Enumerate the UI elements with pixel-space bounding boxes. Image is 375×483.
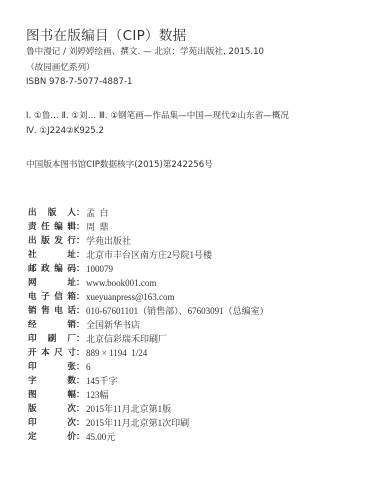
colophon-colon: ： xyxy=(76,248,86,262)
colophon-row: 邮政编码：100079 xyxy=(28,262,368,276)
colophon-row: 印刷厂：北京信彩瑞禾印刷厂 xyxy=(28,332,368,346)
colophon-colon: ： xyxy=(76,234,86,248)
colophon-row: 定价：45.00元 xyxy=(28,430,368,444)
colophon-row: 销售电话：010-67601101（销售部）、67603091（总编室） xyxy=(28,304,368,318)
colophon-colon: ： xyxy=(76,220,86,234)
colophon-value: 010-67601101（销售部）、67603091（总编室） xyxy=(86,304,269,318)
colophon-label: 定价 xyxy=(28,430,76,444)
colophon-row: 印次：2015年11月北京第1次印刷 xyxy=(28,416,368,430)
colophon: 出版人：孟 白责任编辑：周 鼎出版发行：学苑出版社社址：北京市丰台区南方庄2号院… xyxy=(28,206,368,444)
colophon-row: 责任编辑：周 鼎 xyxy=(28,220,368,234)
colophon-label: 经销 xyxy=(28,318,76,332)
colophon-colon: ： xyxy=(76,318,86,332)
colophon-value: 北京市丰台区南方庄2号院1号楼 xyxy=(86,248,212,262)
colophon-value: xueyuanpress@163.com xyxy=(86,290,175,304)
colophon-value: 889 × 1194 1/24 xyxy=(86,346,147,360)
colophon-colon: ： xyxy=(76,276,86,290)
colophon-colon: ： xyxy=(76,388,86,402)
colophon-label: 印张 xyxy=(28,360,76,374)
colophon-colon: ： xyxy=(76,402,86,416)
colophon-label: 印次 xyxy=(28,416,76,430)
colophon-value: 北京信彩瑞禾印刷厂 xyxy=(86,332,167,346)
colophon-value: 2015年11月北京第1版 xyxy=(86,402,171,416)
colophon-value: 6 xyxy=(86,360,91,374)
colophon-label: 印刷厂 xyxy=(28,332,76,346)
colophon-value: 周 鼎 xyxy=(86,220,109,234)
colophon-value: 45.00元 xyxy=(86,430,115,444)
colophon-row: 电子信箱：xueyuanpress@163.com xyxy=(28,290,368,304)
colophon-label: 邮政编码 xyxy=(28,262,76,276)
colophon-value: 孟 白 xyxy=(86,206,109,220)
colophon-colon: ： xyxy=(76,206,86,220)
colophon-colon: ： xyxy=(76,430,86,444)
colophon-row: 社址：北京市丰台区南方庄2号院1号楼 xyxy=(28,248,368,262)
cip-title: 图书在版编目（CIP）数据 xyxy=(26,24,186,44)
colophon-label: 网址 xyxy=(28,276,76,290)
colophon-row: 版次：2015年11月北京第1版 xyxy=(28,402,368,416)
colophon-row: 经销：全国新华书店 xyxy=(28,318,368,332)
colophon-value: 2015年11月北京第1次印刷 xyxy=(86,416,189,430)
colophon-label: 销售电话 xyxy=(28,304,76,318)
colophon-label: 开本尺寸 xyxy=(28,346,76,360)
colophon-label: 社址 xyxy=(28,248,76,262)
cip-book-info: 鲁中漫记 / 刘婷婷绘画、撰文. — 北京：学苑出版社, 2015.10 xyxy=(26,45,264,57)
cip-series: （故园画忆系列） xyxy=(26,61,95,73)
cip-subjects: Ⅰ. ①鲁… Ⅱ. ①刘… Ⅲ. ①钢笔画—作品集—中国—现代②山东省—概况 xyxy=(26,109,289,121)
colophon-value: 全国新华书店 xyxy=(86,318,140,332)
colophon-row: 印张：6 xyxy=(28,360,368,374)
colophon-label: 出版发行 xyxy=(28,234,76,248)
colophon-label: 字数 xyxy=(28,374,76,388)
colophon-colon: ： xyxy=(76,332,86,346)
cip-isbn: ISBN 978-7-5077-4887-1 xyxy=(26,77,133,87)
colophon-row: 字数：145千字 xyxy=(28,374,368,388)
colophon-row: 网址：www.book001.com xyxy=(28,276,368,290)
colophon-colon: ： xyxy=(76,262,86,276)
colophon-colon: ： xyxy=(76,304,86,318)
colophon-label: 电子信箱 xyxy=(28,290,76,304)
cip-classification: Ⅳ. ①J224②K925.2 xyxy=(26,126,104,136)
colophon-colon: ： xyxy=(76,374,86,388)
colophon-colon: ： xyxy=(76,290,86,304)
colophon-label: 图幅 xyxy=(28,388,76,402)
colophon-row: 出版人：孟 白 xyxy=(28,206,368,220)
colophon-value: 100079 xyxy=(86,262,113,276)
colophon-label: 责任编辑 xyxy=(28,220,76,234)
colophon-row: 开本尺寸：889 × 1194 1/24 xyxy=(28,346,368,360)
colophon-value: 学苑出版社 xyxy=(86,234,131,248)
colophon-row: 出版发行：学苑出版社 xyxy=(28,234,368,248)
cip-record-number: 中国版本图书馆CIP数据核字(2015)第242256号 xyxy=(26,158,213,170)
colophon-value: 123幅 xyxy=(86,388,109,402)
colophon-colon: ： xyxy=(76,360,86,374)
colophon-label: 出版人 xyxy=(28,206,76,220)
colophon-colon: ： xyxy=(76,416,86,430)
colophon-value: 145千字 xyxy=(86,374,118,388)
colophon-value: www.book001.com xyxy=(86,276,156,290)
colophon-colon: ： xyxy=(76,346,86,360)
colophon-row: 图幅：123幅 xyxy=(28,388,368,402)
colophon-label: 版次 xyxy=(28,402,76,416)
copyright-page: 图书在版编目（CIP）数据 鲁中漫记 / 刘婷婷绘画、撰文. — 北京：学苑出版… xyxy=(0,0,375,483)
